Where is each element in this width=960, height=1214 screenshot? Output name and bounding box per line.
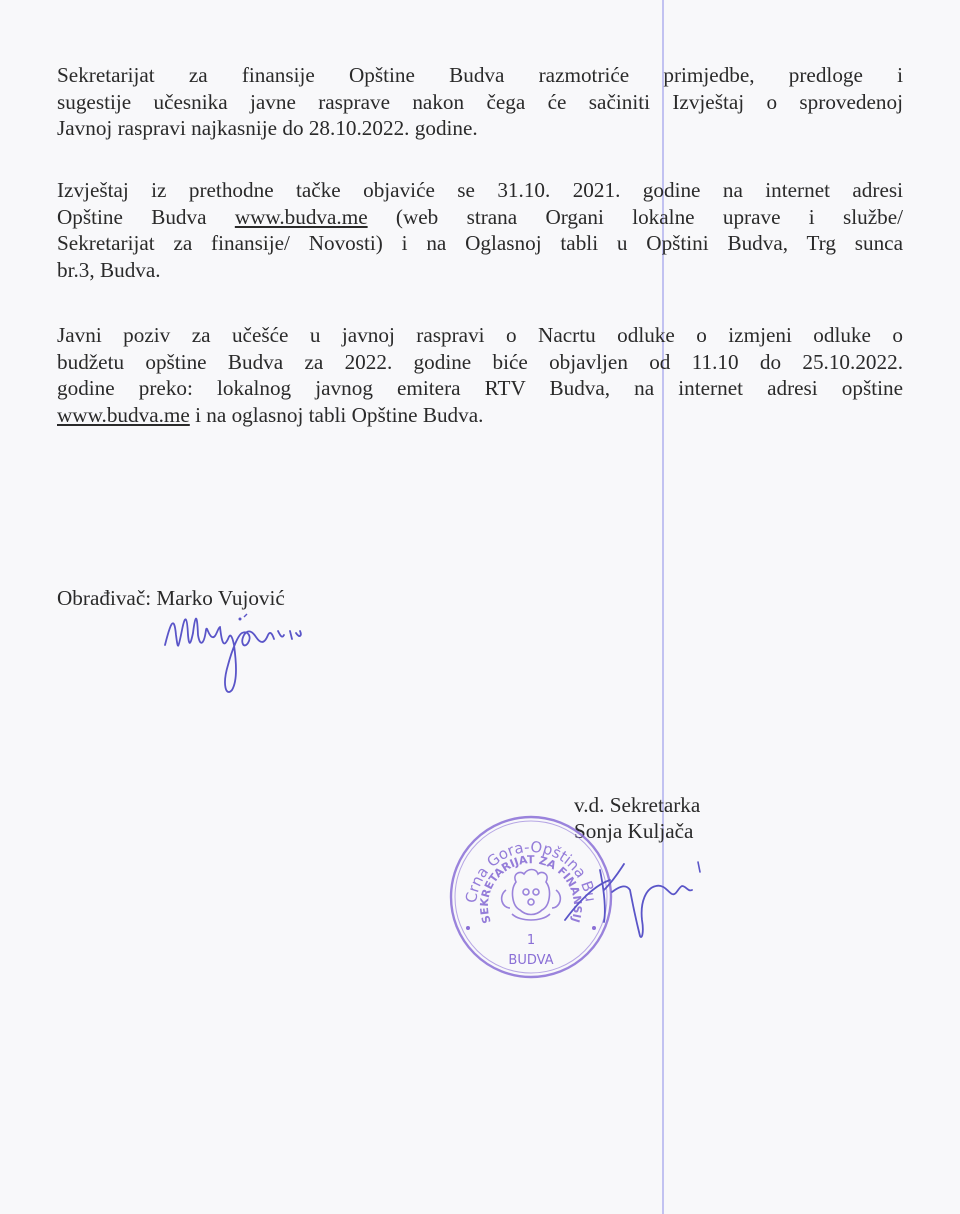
document-page: Sekretarijat za finansije Opštine Budva …	[0, 0, 960, 1214]
text-line: sugestije učesnika javne rasprave nakon …	[57, 89, 903, 116]
text-line: Javnoj raspravi najkasnije do 28.10.2022…	[57, 115, 903, 142]
website-link[interactable]: www.budva.me	[235, 205, 368, 229]
text-line: Izvještaj iz prethodne tačke objaviće se…	[57, 177, 903, 204]
paragraph-report-publication: Izvještaj iz prethodne tačke objaviće se…	[57, 177, 903, 283]
secretary-signature-icon	[560, 840, 730, 950]
svg-text:1: 1	[527, 933, 535, 948]
paragraph-report-review: Sekretarijat za finansije Opštine Budva …	[57, 62, 903, 142]
text-line: budžetu opštine Budva za 2022. godine bi…	[57, 349, 903, 376]
text-line: Sekretarijat za finansije/ Novosti) i na…	[57, 230, 903, 257]
paragraph-public-call: Javni poziv za učešće u javnoj raspravi …	[57, 322, 903, 428]
text-line: Opštine Budva www.budva.me (web strana O…	[57, 204, 903, 231]
text-line: Javni poziv za učešće u javnoj raspravi …	[57, 322, 903, 349]
website-link[interactable]: www.budva.me	[57, 403, 190, 427]
text-line: br.3, Budva.	[57, 257, 903, 284]
text-line: www.budva.me i na oglasnoj tabli Opštine…	[57, 402, 903, 429]
author-signature-icon	[160, 605, 330, 700]
text-line: godine preko: lokalnog javnog emitera RT…	[57, 375, 903, 402]
svg-text:BUDVA: BUDVA	[508, 953, 553, 968]
text-line: Sekretarijat za finansije Opštine Budva …	[57, 62, 903, 89]
